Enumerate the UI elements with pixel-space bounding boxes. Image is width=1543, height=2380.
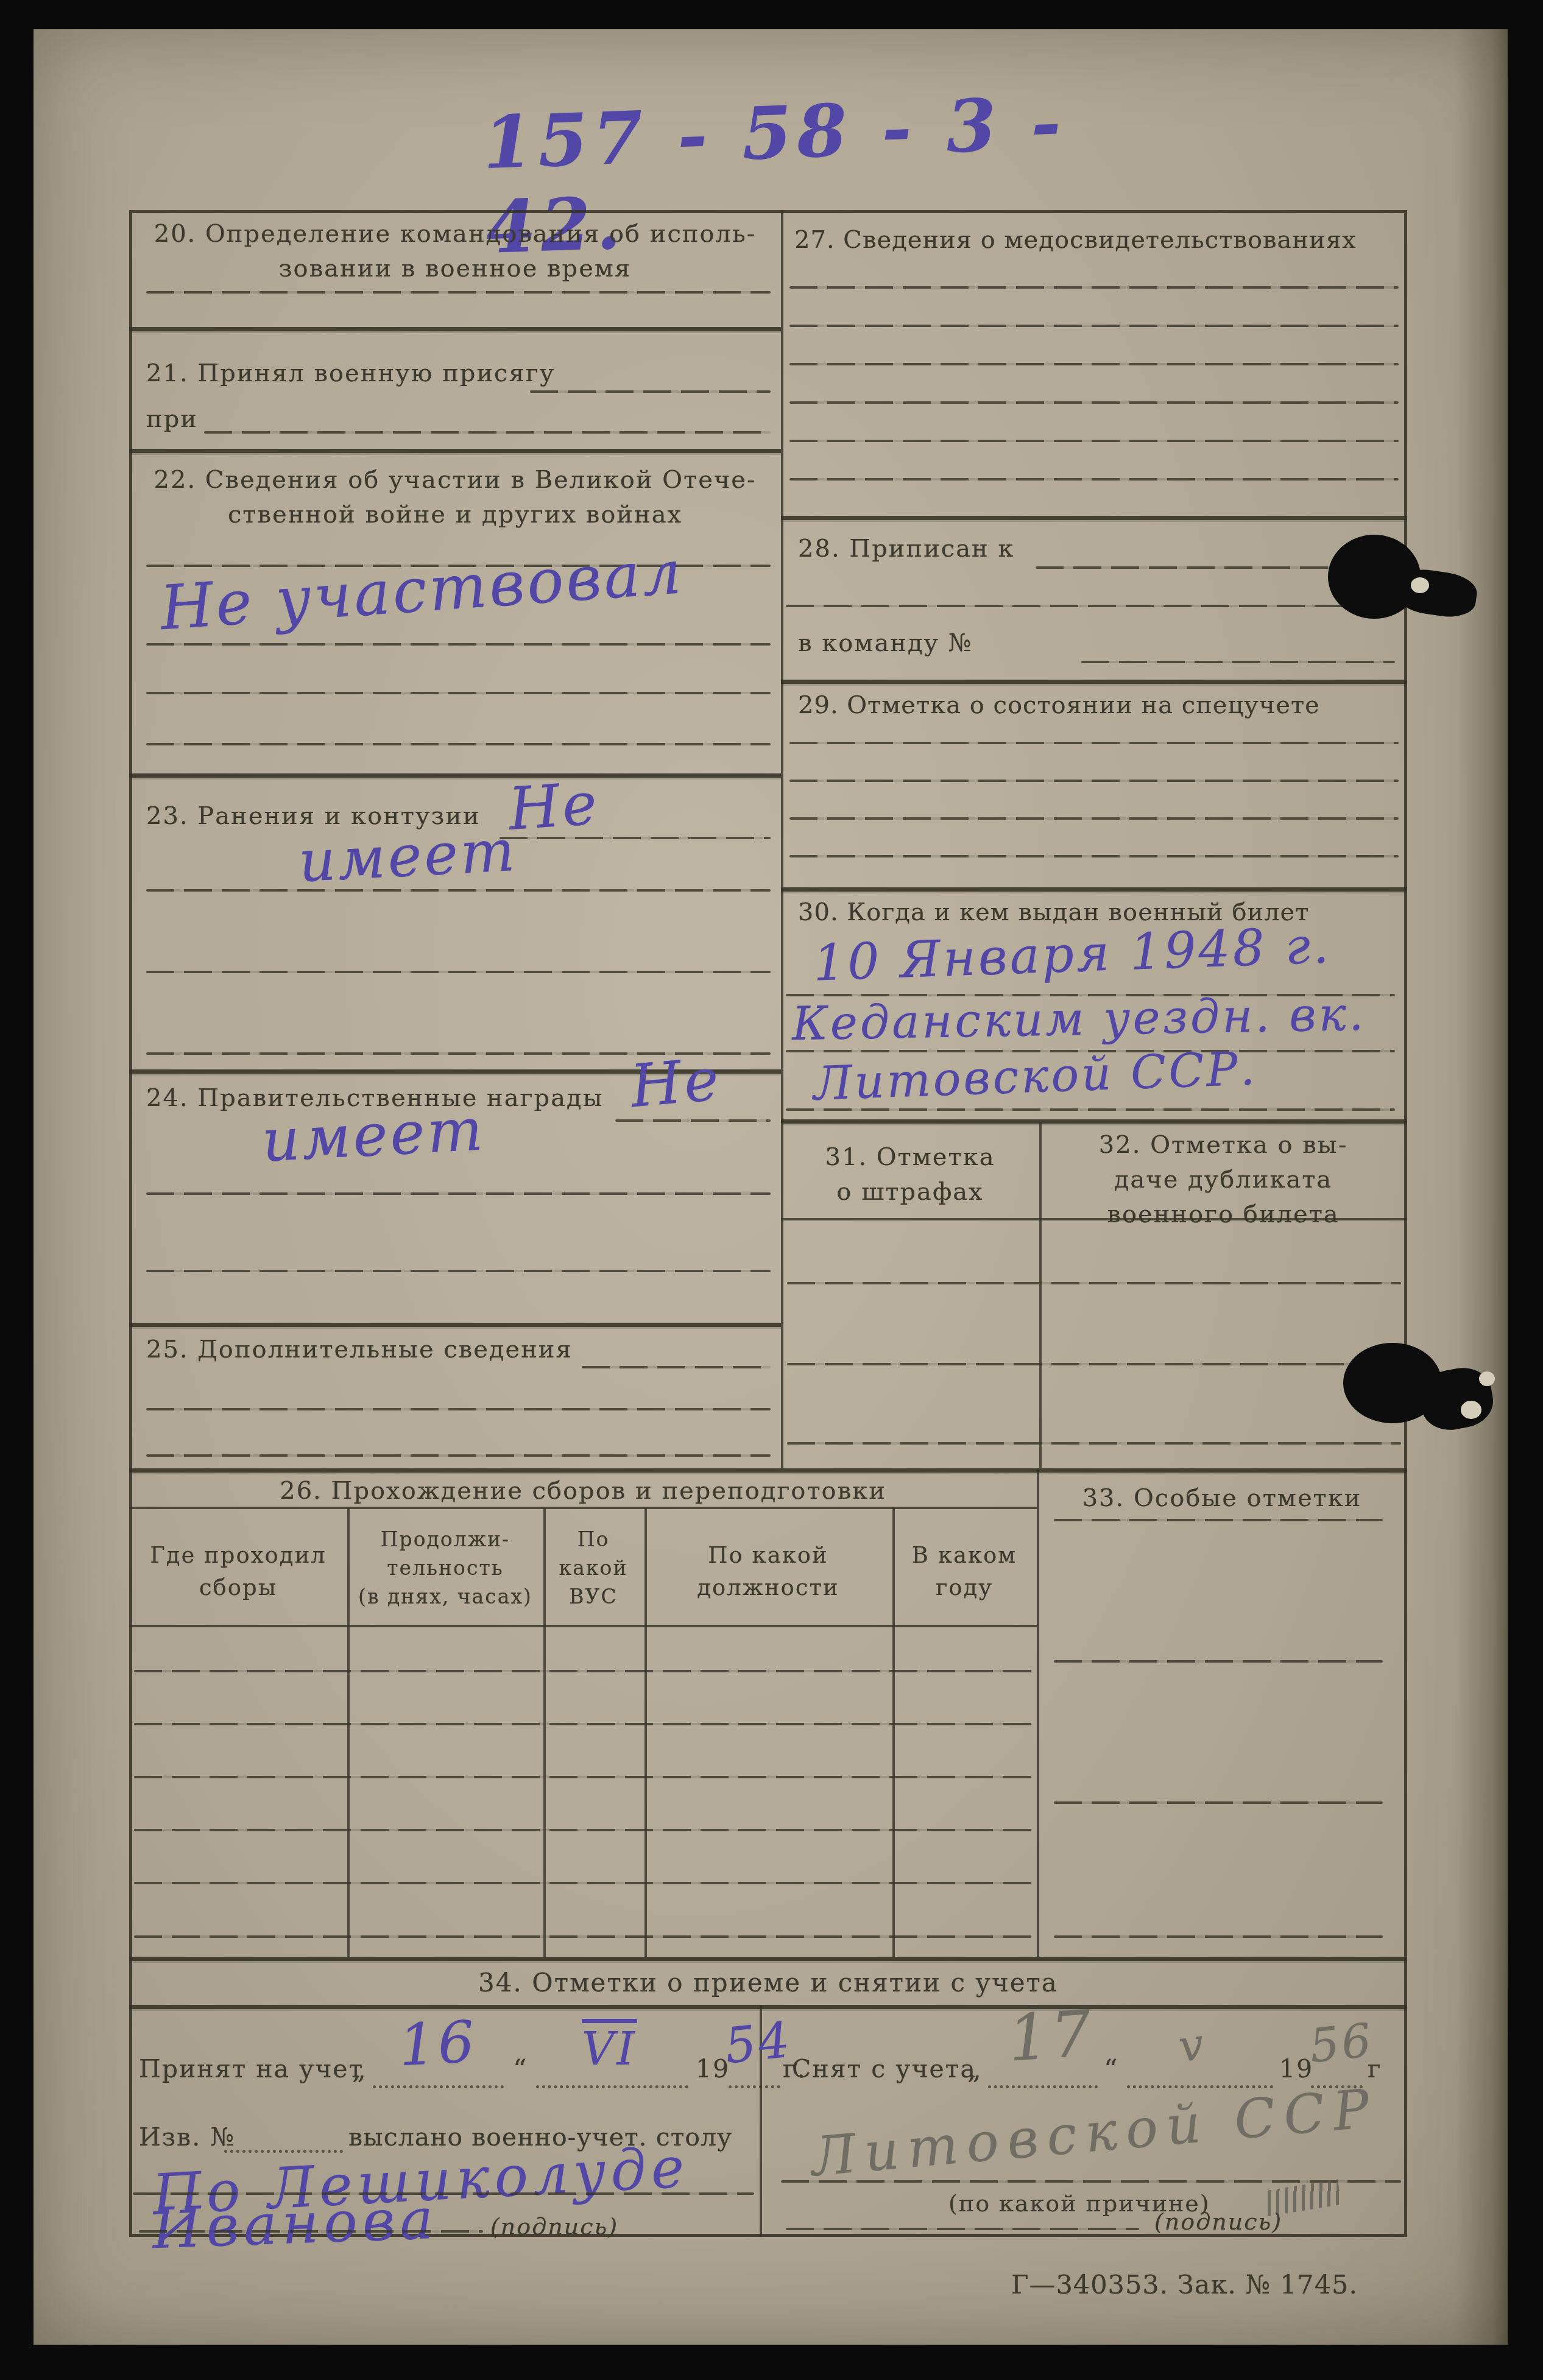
ruled-line [1054, 1935, 1383, 1938]
ruled-line [139, 2230, 483, 2233]
table-26-row-line [134, 1829, 1032, 1831]
quote-close: “ [513, 2051, 528, 2089]
ruled-line [787, 1282, 1401, 1284]
ruled-line [789, 286, 1399, 289]
ruled-line [146, 889, 771, 892]
table-26-title-underline [129, 1507, 1037, 1509]
ruled-line [789, 742, 1399, 744]
ruled-line [789, 478, 1399, 481]
accepted-day-handwritten: 16 [397, 2009, 478, 2080]
quote-open: „ [352, 2051, 367, 2089]
section-32-title: 32. Отметка о вы- даче дубликата военног… [1045, 1128, 1401, 1231]
section-20-title: 20. Определение командования об исполь- … [141, 217, 769, 286]
ruled-line [1054, 1519, 1383, 1521]
table-26-row-line [134, 1776, 1032, 1778]
ruled-line [789, 817, 1399, 820]
section-separator [781, 887, 1407, 892]
section-separator [129, 773, 781, 778]
ruled-line [146, 971, 771, 973]
paper-fleck [1411, 577, 1429, 593]
ruled-line [146, 692, 771, 694]
removed-label: Снят с учета [792, 2051, 976, 2086]
ruled-line [146, 1408, 771, 1410]
dotted-line [536, 2085, 688, 2088]
section-34-title: 34. Отметки о приеме и снятии с учета [129, 1965, 1407, 2001]
scanned-military-card-page: 157 - 58 - 3 - 42. 20. Определение коман… [0, 0, 1543, 2380]
year-prefix: 19 [1279, 2051, 1313, 2086]
signature-handwritten: Иванова [151, 2186, 439, 2261]
dotted-line [224, 2150, 343, 2153]
ruled-line [146, 1454, 771, 1457]
ruled-line [787, 1442, 1401, 1445]
section-24-entry2-handwritten: имеет [260, 1095, 486, 1175]
section-separator [781, 680, 1407, 684]
table-26-col-line [644, 1508, 647, 1957]
section-33-divider [1037, 1468, 1039, 1957]
ruled-line [530, 390, 771, 393]
paper-fleck [1461, 1401, 1481, 1419]
ruled-line [146, 643, 771, 646]
paper-fleck [1479, 1371, 1495, 1386]
section-30-entry2-handwritten: Кеданским уездн. вк. [791, 987, 1366, 1051]
table-26-col-header-position: По какой должности [648, 1540, 888, 1604]
section-separator [129, 449, 781, 453]
table-26-col-header-year: В каком году [895, 1540, 1033, 1604]
table-31-32-divider [1039, 1122, 1042, 1468]
signature-caption-left: (подпись) [490, 2211, 618, 2244]
ruled-line [789, 855, 1399, 857]
section-separator [129, 1323, 781, 1327]
section-31-title: 31. Отметка о штрафах [787, 1140, 1033, 1209]
section-separator [129, 1468, 1407, 1473]
ruled-line [789, 440, 1399, 442]
dotted-line [373, 2085, 504, 2088]
quote-open: „ [967, 2051, 983, 2089]
section-22-title: 22. Сведения об участии в Великой Отече-… [141, 463, 769, 532]
dotted-line [988, 2085, 1098, 2088]
ruled-line [146, 743, 771, 745]
ruled-line [146, 1270, 771, 1272]
ruled-line [787, 1363, 1401, 1365]
print-imprint: Г—340353. Зак. № 1745. [1011, 2267, 1358, 2304]
section-28-line2: в команду № [798, 626, 973, 661]
table-26-row-line [134, 1723, 1032, 1725]
section-separator [781, 1119, 1407, 1124]
section-27-title: 27. Сведения о медосвидетельствованиях [794, 223, 1404, 258]
section-29-title: 29. Отметка о состоянии на спецучете [798, 688, 1407, 723]
accepted-label: Принят на учет [139, 2051, 364, 2086]
ruled-line [789, 325, 1399, 327]
table-26-col-header-duration: Продолжи- тельность (в днях, часах) [351, 1526, 540, 1611]
section-26-title: 26. Прохождение сборов и переподготовки [129, 1474, 1037, 1509]
section-28-line1: 28. Приписан к [798, 532, 1014, 566]
ruled-line [786, 1108, 1395, 1111]
ruled-line [1054, 1660, 1383, 1663]
ruled-line [615, 1119, 771, 1122]
section-33-title: 33. Особые отметки [1043, 1481, 1401, 1516]
ruled-line [204, 431, 771, 434]
signature-caption-right: (подпись) [1154, 2206, 1282, 2239]
section-separator [129, 1957, 1407, 1961]
ruled-line [789, 363, 1399, 365]
ruled-line [786, 2228, 1139, 2230]
section-separator [129, 2005, 1407, 2009]
ruled-line [786, 605, 1395, 607]
table-26-row-line [134, 1670, 1032, 1672]
removed-day-handwritten: 17 [1006, 1996, 1096, 2075]
ruled-line [1054, 1801, 1383, 1804]
table-26-col-header-where: Где проходил сборы [133, 1540, 344, 1604]
ruled-line [781, 2180, 1401, 2183]
dotted-line [729, 2085, 780, 2088]
ruled-line [146, 291, 771, 294]
ruled-line [789, 401, 1399, 404]
section-23-entry2-handwritten: имеет [297, 818, 518, 896]
section-separator [781, 516, 1407, 520]
section-23-entry1-handwritten: Не [506, 769, 601, 843]
year-prefix: 19 [696, 2051, 730, 2086]
table-26-header-underline [129, 1625, 1037, 1627]
table-26-col-line [543, 1508, 546, 1957]
section-separator [129, 327, 781, 331]
izv-label: Изв. № [139, 2119, 235, 2155]
table-26-row-line [134, 1882, 1032, 1884]
quote-close: “ [1104, 2051, 1119, 2089]
section-25-title: 25. Дополнительные сведения [146, 1333, 573, 1367]
ruled-line [500, 837, 771, 839]
ruled-line [146, 1192, 771, 1195]
table-26-row-line [134, 1935, 1032, 1938]
accepted-month-handwritten: VI [582, 2023, 637, 2075]
table-26-col-line [347, 1508, 350, 1957]
ruled-line [1081, 661, 1395, 663]
section-21-pri-label: при [146, 402, 198, 437]
table-31-32-header-underline [781, 1218, 1407, 1220]
column-divider [781, 210, 783, 1468]
table-26-col-header-vus: По какой ВУС [546, 1526, 641, 1611]
table-26-col-line [892, 1508, 895, 1957]
ruled-line [789, 780, 1399, 782]
ruled-line [582, 1366, 771, 1368]
section-24-entry1-handwritten: Не [627, 1045, 724, 1121]
section-21-title: 21. Принял военную присягу [146, 356, 555, 391]
ruled-line [1036, 566, 1334, 569]
removed-year-handwritten: 56 [1307, 2013, 1376, 2073]
